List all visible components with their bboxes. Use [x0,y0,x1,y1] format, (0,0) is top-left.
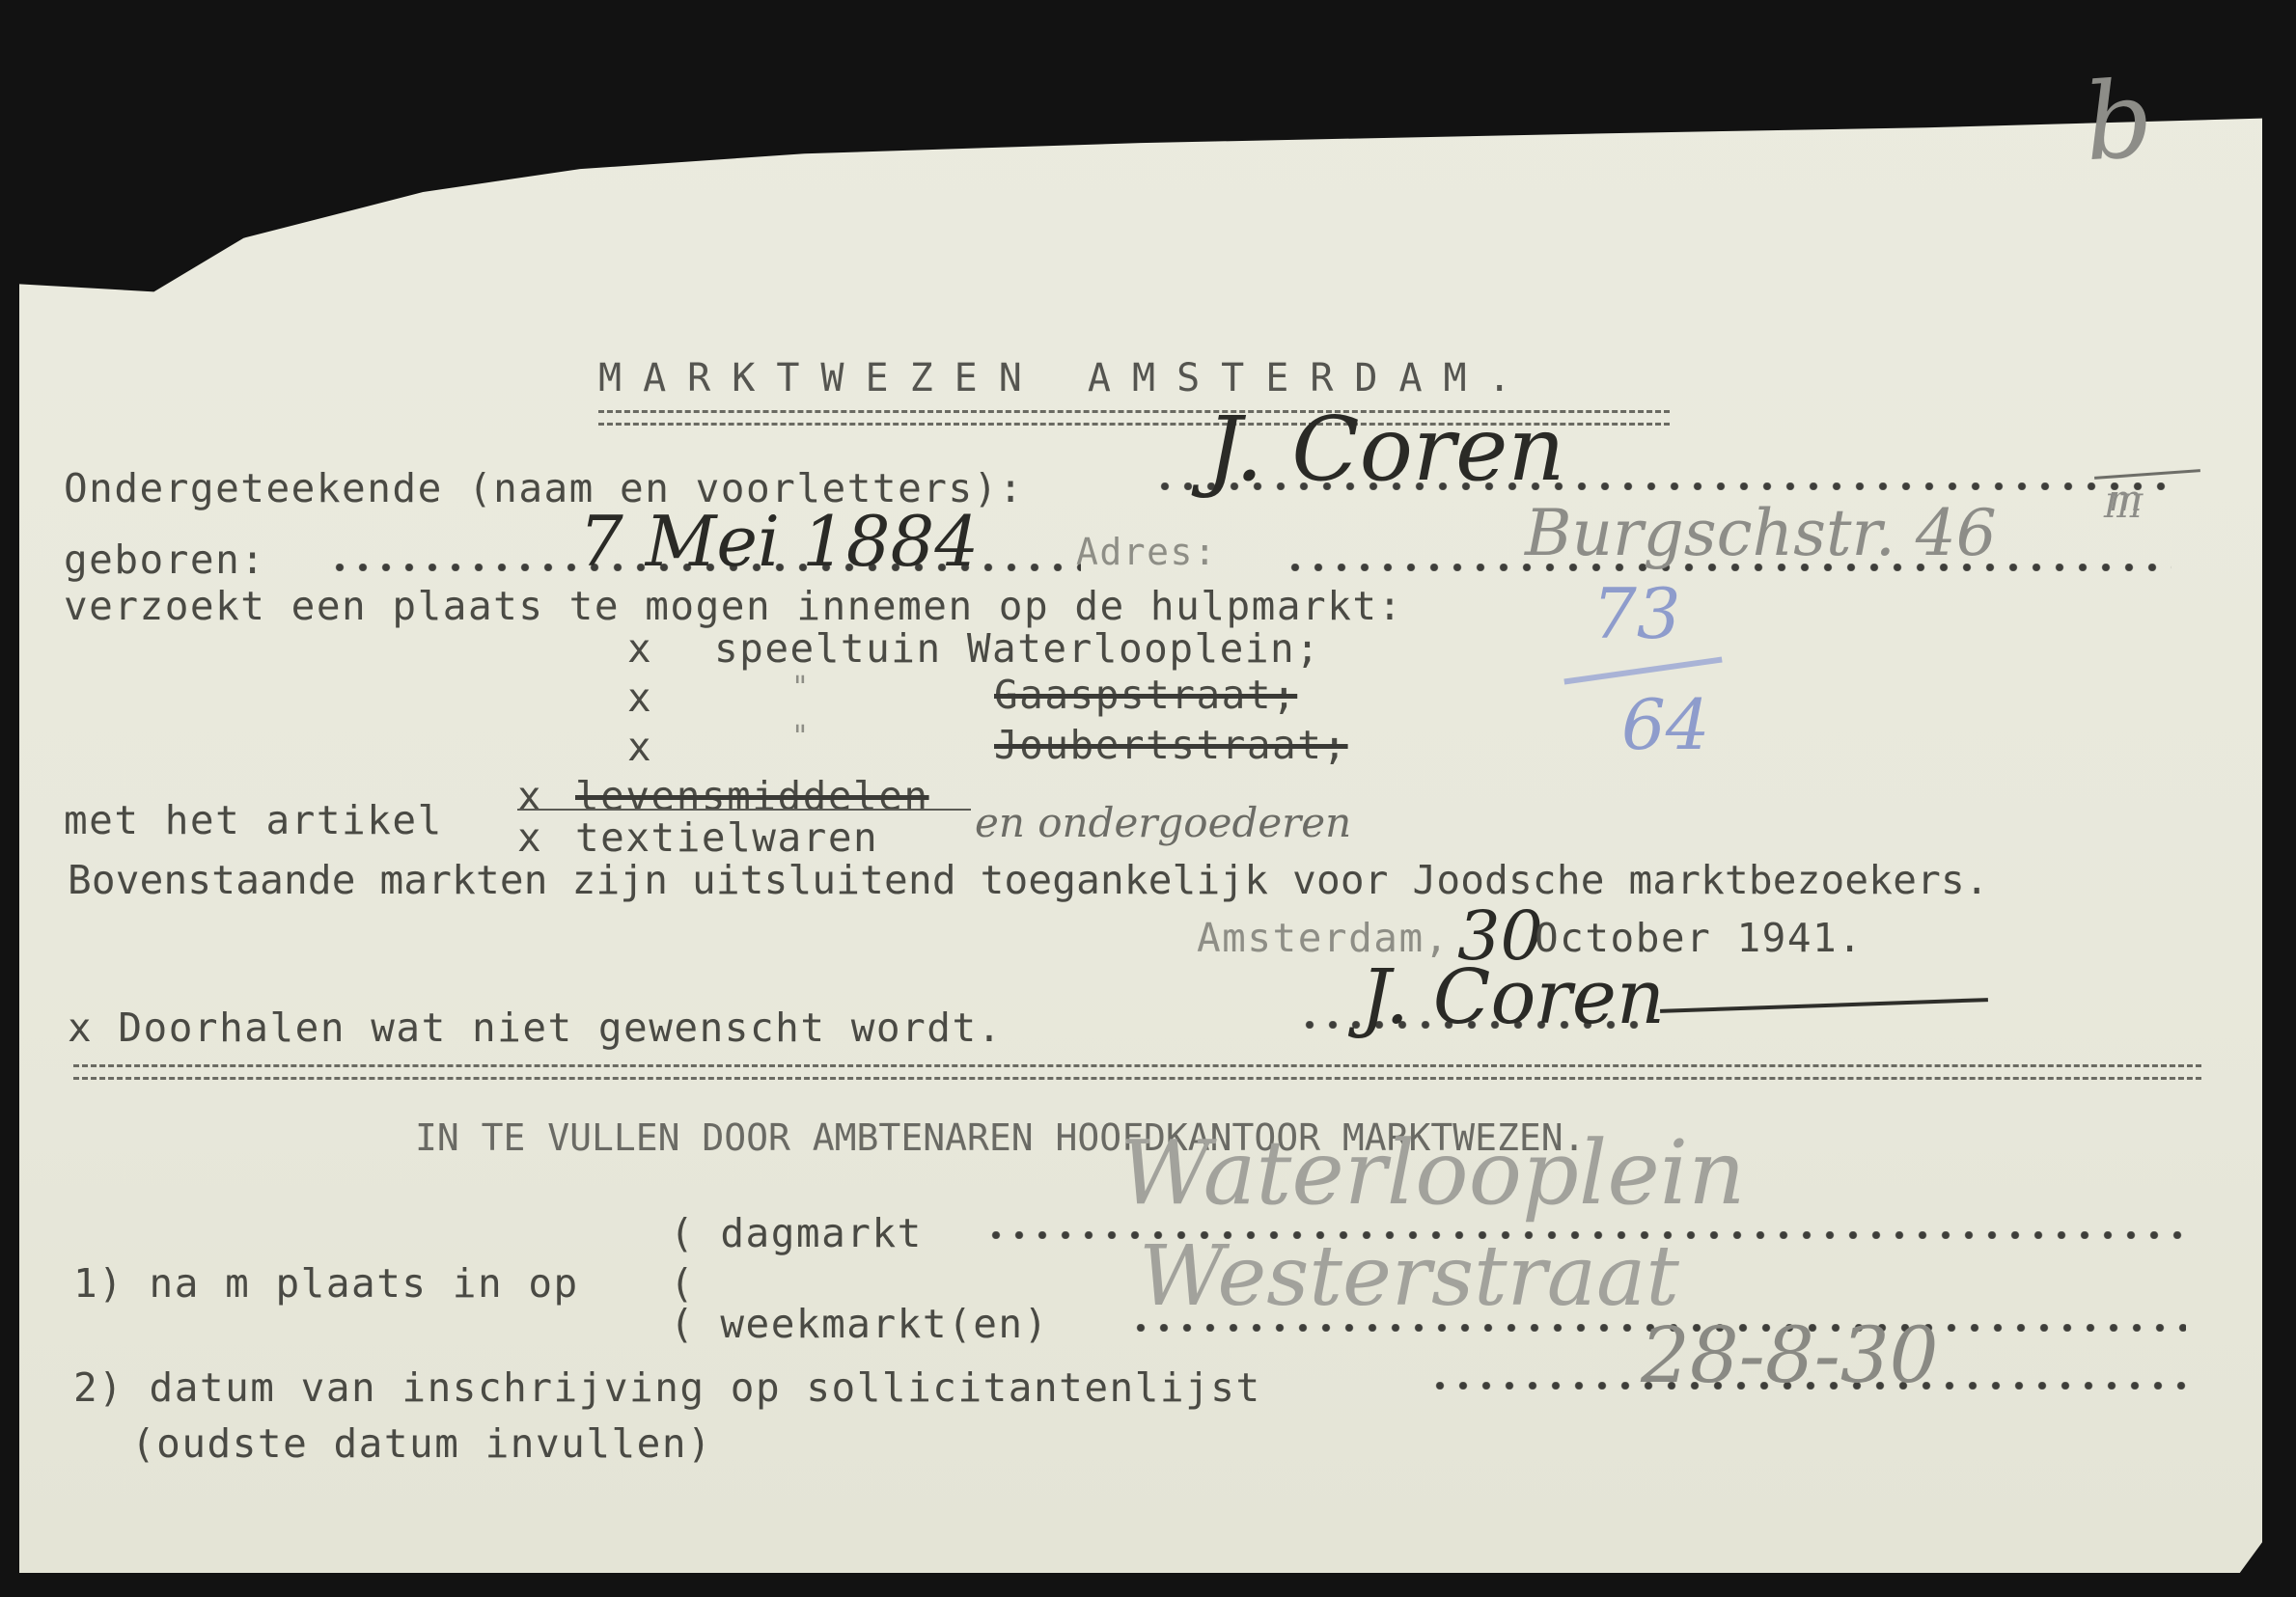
market-option-gaaspstraat[interactable]: Gaaspstraat; [994,675,1297,715]
item1-label: 1) na m plaats in op [73,1264,579,1304]
market-marker-1: x [627,629,652,669]
item2-sublabel: (oudste datum invullen) [131,1424,712,1464]
place-city: Amsterdam, [1197,919,1450,958]
item1-brace-mid: ( [670,1264,695,1304]
market-marker-3: x [627,728,652,767]
notice-text: Bovenstaande markten zijn uitsluitend to… [68,861,1989,900]
item1-option-dagmarkt: ( dagmarkt [670,1214,923,1253]
date-month-year: October 1941. [1535,919,1863,958]
name-handwritten[interactable]: J. Coren [1206,405,1565,494]
document-heading: MARKTWEZEN AMSTERDAM. [598,359,1533,398]
market-option-joubertstraat[interactable]: Joubertstraat; [994,726,1348,765]
item2-label: 2) datum van inschrijving op sollicitant… [73,1368,1261,1408]
market-option-waterlooplein[interactable]: speeltuin Waterlooplein; [714,629,1320,669]
market-ditto-2: " [791,674,811,702]
article-label: met het artikel [64,801,443,840]
article-marker-2: x [517,818,542,858]
address-label: Adres: [1076,534,1217,570]
blue-annotation-top: 73 [1592,579,1681,648]
corner-mark: b [2081,66,2156,177]
article-option-textielwaren[interactable]: textielwaren [575,818,878,858]
blue-annotation-bottom: 64 [1621,690,1710,759]
footnote-text: x Doorhalen wat niet gewenscht wordt. [68,1008,1003,1048]
article-handwritten-addition: en ondergoederen [975,803,1351,843]
dagmarkt-handwritten[interactable]: Waterlooplein [1120,1129,1745,1218]
item1-option-weekmarkt: ( weekmarkt(en) [670,1305,1049,1344]
market-ditto-3: " [791,723,811,752]
address-suffix-handwritten: III [2104,490,2143,523]
born-handwritten[interactable]: 7 Mei 1884 [579,507,979,576]
request-line: verzoekt een plaats te mogen innemen op … [64,587,1403,626]
section-double-rule [73,1064,2201,1080]
weekmarkt-handwritten[interactable]: Westerstraat [1139,1235,1679,1318]
address-handwritten[interactable]: Burgschstr. 46 [1525,502,1997,565]
market-marker-2: x [627,678,652,718]
signature-handwritten[interactable]: J. Coren [1361,960,1665,1035]
article-fraction-rule [517,809,971,811]
born-label: geboren: [64,540,265,580]
item2-handwritten-date[interactable]: 28-8-30 [1641,1317,1939,1394]
